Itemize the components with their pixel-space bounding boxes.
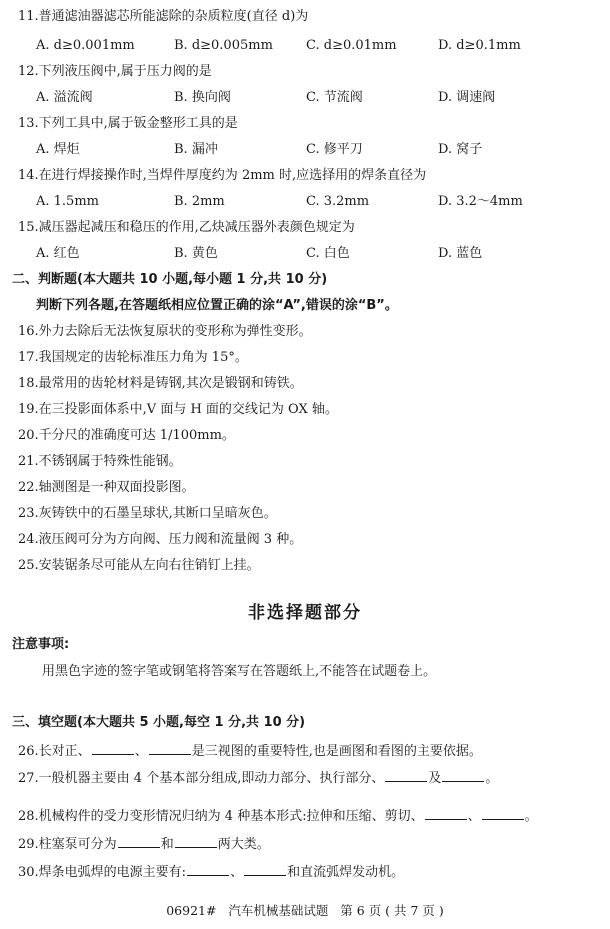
part-heading: 非选择题部分	[0, 598, 610, 623]
notice-title: 注意事项:	[12, 636, 69, 654]
fill-question-30: 30.焊条电弧焊的电源主要有:、和直流弧焊发动机。	[18, 862, 404, 882]
q29-text-a: 29.柱塞泵可分为	[18, 837, 117, 852]
q11-option-a: A. d≥0.001mm	[36, 37, 135, 55]
judge-item-24: 24.液压阀可分为方向阀、压力阀和流量阀 3 种。	[18, 531, 302, 549]
q12-option-d: D. 调速阀	[438, 89, 495, 107]
q12-option-a: A. 溢流阀	[36, 89, 93, 107]
question-12-stem: 12.下列液压阀中,属于压力阀的是	[18, 63, 212, 81]
question-14-stem: 14.在进行焊接操作时,当焊件厚度约为 2mm 时,应选择用的焊条直径为	[18, 167, 426, 185]
answer-blank[interactable]	[92, 741, 134, 755]
q14-option-b: B. 2mm	[174, 193, 225, 211]
q12-option-c: C. 节流阀	[306, 89, 363, 107]
fill-question-29: 29.柱塞泵可分为和两大类。	[18, 834, 270, 854]
judge-item-19: 19.在三投影面体系中,V 面与 H 面的交线记为 OX 轴。	[18, 401, 338, 419]
q14-option-c: C. 3.2mm	[306, 193, 369, 211]
section-3-title: 三、填空题(本大题共 5 小题,每空 1 分,共 10 分)	[12, 714, 305, 732]
q14-option-a: A. 1.5mm	[36, 193, 99, 211]
q30-text-b: 、	[230, 865, 243, 880]
section-2-title: 二、判断题(本大题共 10 小题,每小题 1 分,共 10 分)	[12, 271, 327, 289]
answer-blank[interactable]	[118, 834, 160, 848]
judge-item-18: 18.最常用的齿轮材料是铸钢,其次是锻钢和铸铁。	[18, 375, 303, 393]
q15-option-a: A. 红色	[36, 245, 80, 263]
q13-option-d: D. 窝子	[438, 141, 482, 159]
judge-item-23: 23.灰铸铁中的石墨呈球状,其断口呈暗灰色。	[18, 505, 277, 523]
q27-text-b: 及	[428, 771, 441, 786]
q29-text-c: 两大类。	[218, 837, 270, 852]
judge-item-20: 20.千分尺的准确度可达 1/100mm。	[18, 427, 235, 445]
q26-text-a: 26.长对正、	[18, 744, 91, 759]
q13-option-a: A. 焊炬	[36, 141, 80, 159]
q27-text-c: 。	[485, 771, 498, 786]
judge-item-21: 21.不锈钢属于特殊性能钢。	[18, 453, 182, 471]
q14-option-d: D. 3.2～4mm	[438, 193, 523, 211]
q13-option-b: B. 漏冲	[174, 141, 218, 159]
fill-question-28: 28.机械构件的受力变形情况归纳为 4 种基本形式:拉伸和压缩、剪切、、。	[18, 806, 538, 826]
answer-blank[interactable]	[187, 862, 229, 876]
q26-text-c: 是三视图的重要特性,也是画图和看图的主要依据。	[192, 744, 482, 759]
q15-option-b: B. 黄色	[174, 245, 218, 263]
q11-option-c: C. d≥0.01mm	[306, 37, 397, 55]
answer-blank[interactable]	[425, 806, 467, 820]
question-11-stem: 11.普通滤油器滤芯所能滤除的杂质粒度(直径 d)为	[18, 8, 308, 26]
q27-text-a: 27.一般机器主要由 4 个基本部分组成,即动力部分、执行部分、	[18, 771, 384, 786]
q11-option-d: D. d≥0.1mm	[438, 37, 521, 55]
q28-text-a: 28.机械构件的受力变形情况归纳为 4 种基本形式:拉伸和压缩、剪切、	[18, 809, 424, 824]
question-13-stem: 13.下列工具中,属于钣金整形工具的是	[18, 115, 238, 133]
q26-text-b: 、	[135, 744, 148, 759]
q15-option-c: C. 白色	[306, 245, 350, 263]
page-footer: 06921# 汽车机械基础试题 第 6 页 ( 共 7 页 )	[0, 901, 610, 919]
answer-blank[interactable]	[149, 741, 191, 755]
q30-text-c: 和直流弧焊发动机。	[287, 865, 404, 880]
fill-question-26: 26.长对正、、是三视图的重要特性,也是画图和看图的主要依据。	[18, 741, 482, 761]
q15-option-d: D. 蓝色	[438, 245, 482, 263]
fill-question-27: 27.一般机器主要由 4 个基本部分组成,即动力部分、执行部分、及。	[18, 768, 498, 788]
judge-item-17: 17.我国规定的齿轮标准压力角为 15°。	[18, 349, 248, 367]
section-2-instruction: 判断下列各题,在答题纸相应位置正确的涂“A”,错误的涂“B”。	[36, 297, 398, 315]
answer-blank[interactable]	[175, 834, 217, 848]
judge-item-16: 16.外力去除后无法恢复原状的变形称为弹性变形。	[18, 323, 312, 341]
question-15-stem: 15.减压器起减压和稳压的作用,乙炔减压器外表颜色规定为	[18, 219, 355, 237]
answer-blank[interactable]	[482, 806, 524, 820]
answer-blank[interactable]	[385, 768, 427, 782]
q13-option-c: C. 修平刀	[306, 141, 363, 159]
q11-option-b: B. d≥0.005mm	[174, 37, 273, 55]
q28-text-c: 。	[525, 809, 538, 824]
q29-text-b: 和	[161, 837, 174, 852]
q12-option-b: B. 换向阀	[174, 89, 231, 107]
answer-blank[interactable]	[244, 862, 286, 876]
judge-item-25: 25.安装锯条尽可能从左向右往销钉上挂。	[18, 557, 260, 575]
notice-text: 用黑色字迹的签字笔或钢笔将答案写在答题纸上,不能答在试题卷上。	[42, 663, 436, 681]
answer-blank[interactable]	[442, 768, 484, 782]
judge-item-22: 22.轴测图是一种双面投影图。	[18, 479, 195, 497]
q28-text-b: 、	[468, 809, 481, 824]
q30-text-a: 30.焊条电弧焊的电源主要有:	[18, 865, 186, 880]
